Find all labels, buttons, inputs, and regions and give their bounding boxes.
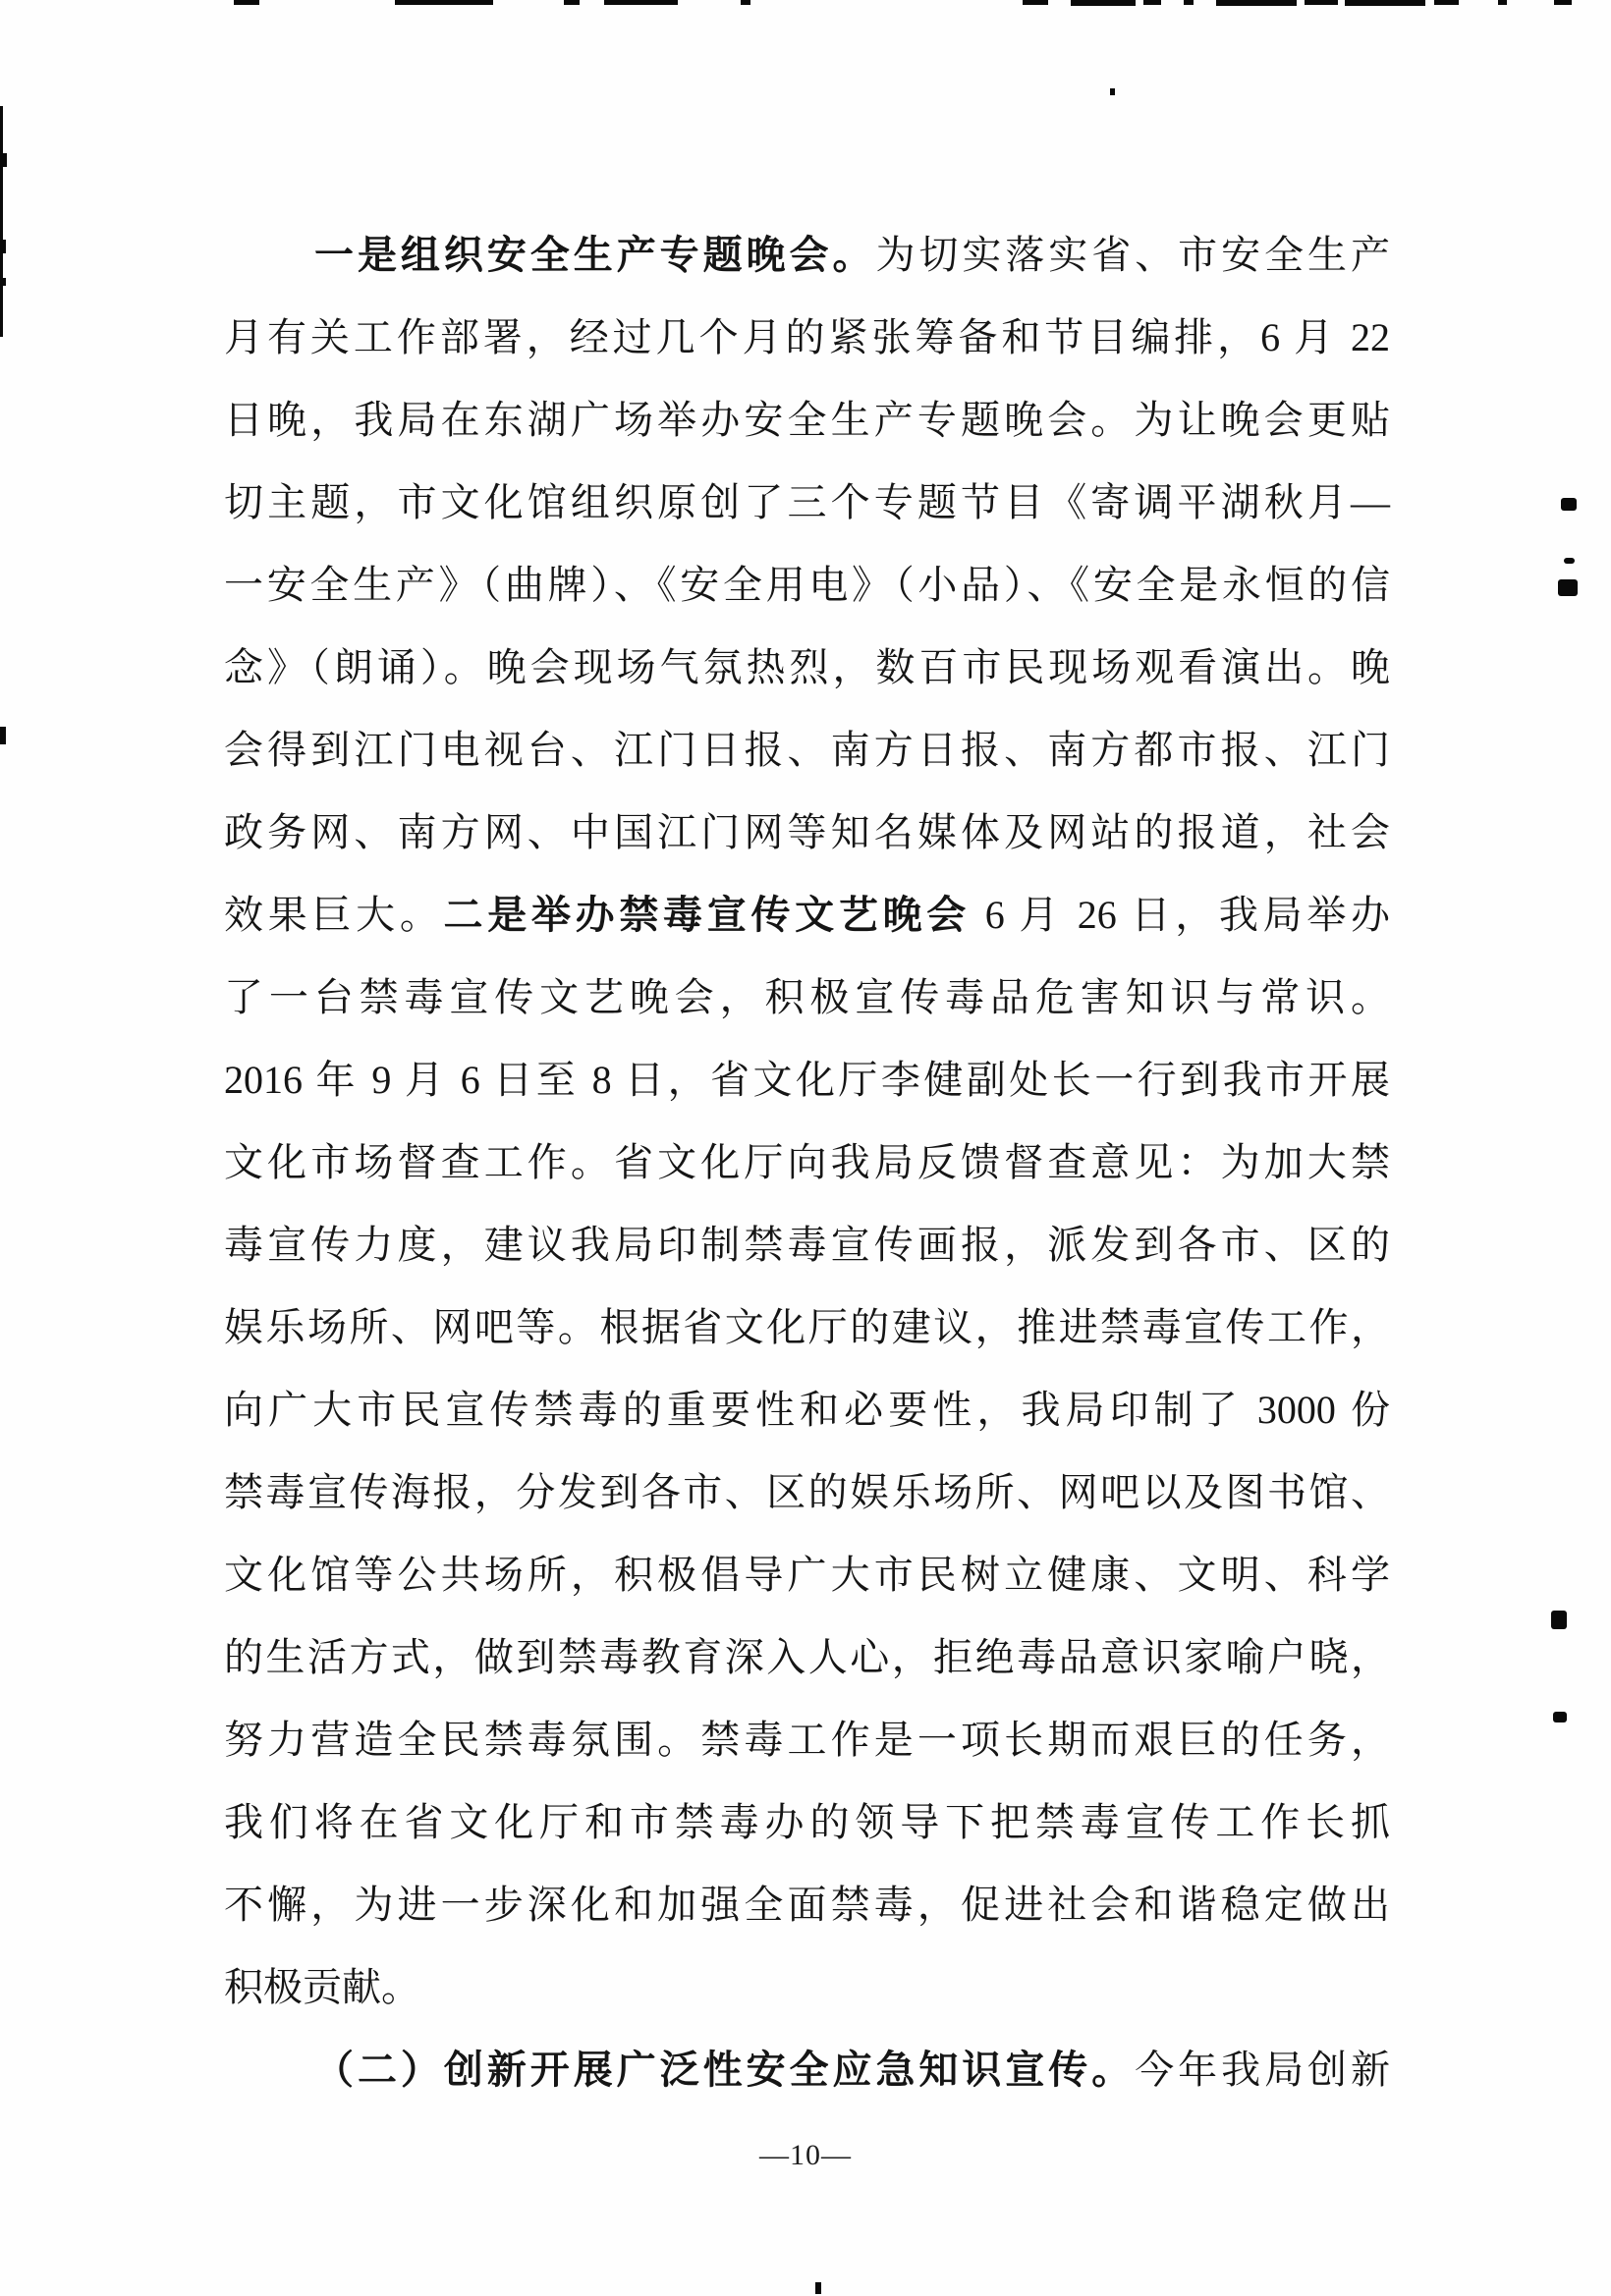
text-line: 月有关工作部署，经过几个月的紧张筹备和节目编排，6 月 22 (224, 297, 1390, 379)
text-line: 了一台禁毒宣传文艺晚会，积极宣传毒品危害知识与常识。 (224, 957, 1390, 1039)
text-line: 不懈，为进一步深化和加强全面禁毒，促进社会和谐稳定做出 (224, 1864, 1390, 1946)
text-line: 念》（朗诵）。晚会现场气氛热烈，数百市民现场观看演出。晚 (224, 627, 1390, 709)
text-line: 努力营造全民禁毒氛围。禁毒工作是一项长期而艰巨的任务， (224, 1699, 1390, 1781)
text-run: 会得到江门电视台、江门日报、南方日报、南方都市报、江门 (224, 728, 1390, 772)
text-line: （二）创新开展广泛性安全应急知识宣传。今年我局创新 (224, 2029, 1390, 2111)
right-margin-blob (1553, 1712, 1567, 1722)
right-margin-blob (1558, 579, 1578, 596)
top-edge-dash (741, 0, 750, 5)
text-line: 我们将在省文化厅和市禁毒办的领导下把禁毒宣传工作长抓 (224, 1781, 1390, 1864)
top-edge-dash (564, 0, 580, 5)
text-run: 文化馆等公共场所，积极倡导广大市民树立健康、文明、科学 (224, 1553, 1390, 1597)
right-margin-blob (1551, 1611, 1567, 1629)
text-run: 月有关工作部署，经过几个月的紧张筹备和节目编排，6 月 22 (224, 315, 1390, 359)
text-line: 文化市场督查工作。省文化厅向我局反馈督查意见：为加大禁 (224, 1121, 1390, 1204)
text-run: 今年我局创新 (1135, 2048, 1390, 2092)
text-line: 2016 年 9 月 6 日至 8 日，省文化厅李健副处长一行到我市开展 (224, 1039, 1390, 1121)
top-edge-dash (1554, 0, 1572, 5)
text-line: 会得到江门电视台、江门日报、南方日报、南方都市报、江门 (224, 709, 1390, 792)
text-run: 不懈，为进一步深化和加强全面禁毒，促进社会和谐稳定做出 (224, 1883, 1390, 1927)
text-run: 2016 年 9 月 6 日至 8 日，省文化厅李健副处长一行到我市开展 (224, 1058, 1390, 1102)
text-run: 6 月 26 日，我局举办 (971, 893, 1390, 937)
top-edge-dash (1184, 0, 1194, 5)
top-edge-dash (234, 0, 259, 5)
text-run-bold: （二）创新开展广泛性安全应急知识宣传。 (314, 2048, 1135, 2092)
top-edge-dash (1143, 0, 1161, 5)
left-edge-speck (2, 240, 6, 253)
text-run: 切主题，市文化馆组织原创了三个专题节目《寄调平湖秋月— (224, 480, 1390, 524)
text-run-bold: 一是组织安全生产专题晚会。 (314, 233, 875, 277)
text-line: 积极贡献。 (224, 1946, 1390, 2029)
text-line: 一是组织安全生产专题晚会。为切实落实省、市安全生产 (224, 214, 1390, 297)
text-run: 向广大市民宣传禁毒的重要性和必要性，我局印制了 3000 份 (224, 1388, 1390, 1432)
scanned-document-page: 一是组织安全生产专题晚会。为切实落实省、市安全生产月有关工作部署，经过几个月的紧… (0, 0, 1611, 2296)
text-line: 文化馆等公共场所，积极倡导广大市民树立健康、文明、科学 (224, 1534, 1390, 1616)
text-line: 日晚，我局在东湖广场举办安全生产专题晚会。为让晚会更贴 (224, 379, 1390, 462)
text-run: 文化市场督查工作。省文化厅向我局反馈督查意见：为加大禁 (224, 1140, 1390, 1184)
left-edge-line (0, 106, 3, 337)
text-line: 娱乐场所、网吧等。根据省文化厅的建议，推进禁毒宣传工作， (224, 1286, 1390, 1369)
top-edge-dash (1498, 0, 1507, 5)
left-edge-speck (1, 278, 6, 286)
text-line: 禁毒宣传海报，分发到各市、区的娱乐场所、网吧以及图书馆、 (224, 1451, 1390, 1534)
top-edge-dash (1023, 0, 1048, 5)
document-body-text: 一是组织安全生产专题晚会。为切实落实省、市安全生产月有关工作部署，经过几个月的紧… (224, 214, 1390, 2111)
text-run: 积极贡献。 (224, 1965, 420, 2009)
top-edge-dash (1216, 0, 1297, 6)
text-line: 向广大市民宣传禁毒的重要性和必要性，我局印制了 3000 份 (224, 1369, 1390, 1451)
text-run: 政务网、南方网、中国江门网等知名媒体及网站的报道，社会 (224, 810, 1390, 854)
text-run: 娱乐场所、网吧等。根据省文化厅的建议，推进禁毒宣传工作， (224, 1305, 1390, 1349)
top-edge-dash (1071, 0, 1136, 6)
top-edge-dash (604, 0, 678, 5)
top-edge-dash (1434, 0, 1459, 5)
text-run: 的生活方式，做到禁毒教育深入人心，拒绝毒品意识家喻户晓， (224, 1635, 1390, 1679)
text-run: 禁毒宣传海报，分发到各市、区的娱乐场所、网吧以及图书馆、 (224, 1470, 1390, 1514)
text-run: 了一台禁毒宣传文艺晚会，积极宣传毒品危害知识与常识。 (224, 975, 1390, 1019)
bottom-edge-speck (815, 2282, 821, 2294)
right-margin-blob (1564, 558, 1575, 564)
text-line: 政务网、南方网、中国江门网等知名媒体及网站的报道，社会 (224, 792, 1390, 874)
text-run: 为切实落实省、市安全生产 (875, 233, 1390, 277)
top-edge-dash (1305, 0, 1338, 5)
text-run: 念》（朗诵）。晚会现场气氛热烈，数百市民现场观看演出。晚 (224, 645, 1390, 689)
left-edge-speck (0, 727, 6, 744)
right-margin-blob (1561, 498, 1577, 511)
text-run-bold: 二是举办禁毒宣传文艺晚会 (444, 893, 971, 937)
text-run: 努力营造全民禁毒氛围。禁毒工作是一项长期而艰巨的任务， (224, 1718, 1390, 1762)
text-line: 切主题，市文化馆组织原创了三个专题节目《寄调平湖秋月— (224, 462, 1390, 544)
text-run: 日晚，我局在东湖广场举办安全生产专题晚会。为让晚会更贴 (224, 398, 1390, 442)
text-line: 毒宣传力度，建议我局印制禁毒宣传画报，派发到各市、区的 (224, 1204, 1390, 1286)
text-run: 我们将在省文化厅和市禁毒办的领导下把禁毒宣传工作长抓 (224, 1800, 1390, 1844)
text-run: 效果巨大。 (224, 893, 444, 937)
left-edge-speck (3, 153, 7, 167)
top-edge-dash (395, 0, 493, 5)
text-line: 的生活方式，做到禁毒教育深入人心，拒绝毒品意识家喻户晓， (224, 1616, 1390, 1699)
text-run: 毒宣传力度，建议我局印制禁毒宣传画报，派发到各市、区的 (224, 1223, 1390, 1267)
text-run: 一安全生产》（曲牌）、《安全用电》（小品）、《安全是永恒的信 (224, 563, 1390, 607)
text-line: 效果巨大。二是举办禁毒宣传文艺晚会 6 月 26 日，我局举办 (224, 874, 1390, 957)
text-line: 一安全生产》（曲牌）、《安全用电》（小品）、《安全是永恒的信 (224, 544, 1390, 627)
stray-dot (1110, 88, 1115, 95)
page-number: —10— (0, 2139, 1611, 2172)
top-edge-dash (1345, 0, 1425, 6)
